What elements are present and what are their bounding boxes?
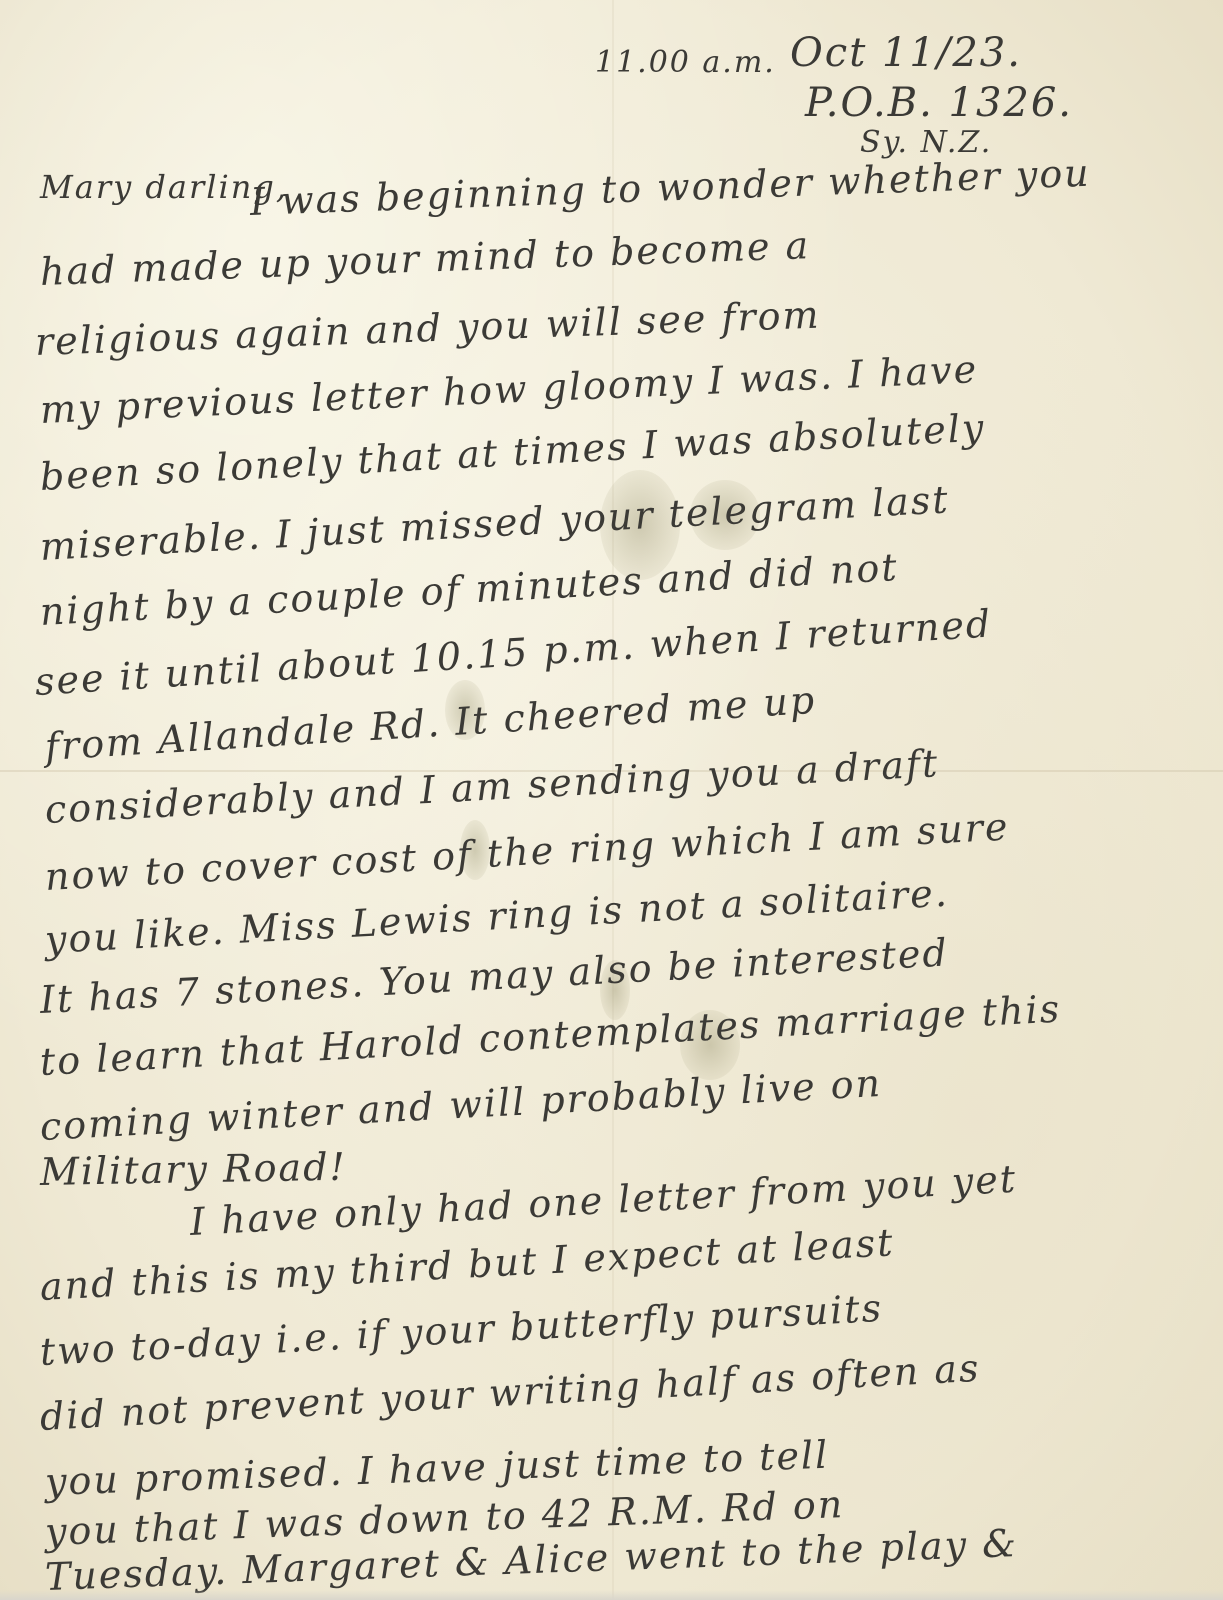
letter-address-line1: P.O.B. 1326. <box>805 80 1073 126</box>
letter-line: had made up your mind to become a <box>39 223 811 294</box>
letter-time: 11.00 a.m. <box>595 45 776 80</box>
paper-edge <box>0 1590 1223 1600</box>
letter-page: 11.00 a.m. Oct 11/23. P.O.B. 1326. Sy. N… <box>0 0 1223 1600</box>
letter-line: Military Road! <box>40 1145 347 1194</box>
letter-line: I was beginning to wonder whether you <box>249 151 1091 224</box>
letter-line: religious again and you will see from <box>34 293 821 364</box>
letter-date: Oct 11/23. <box>790 30 1022 76</box>
